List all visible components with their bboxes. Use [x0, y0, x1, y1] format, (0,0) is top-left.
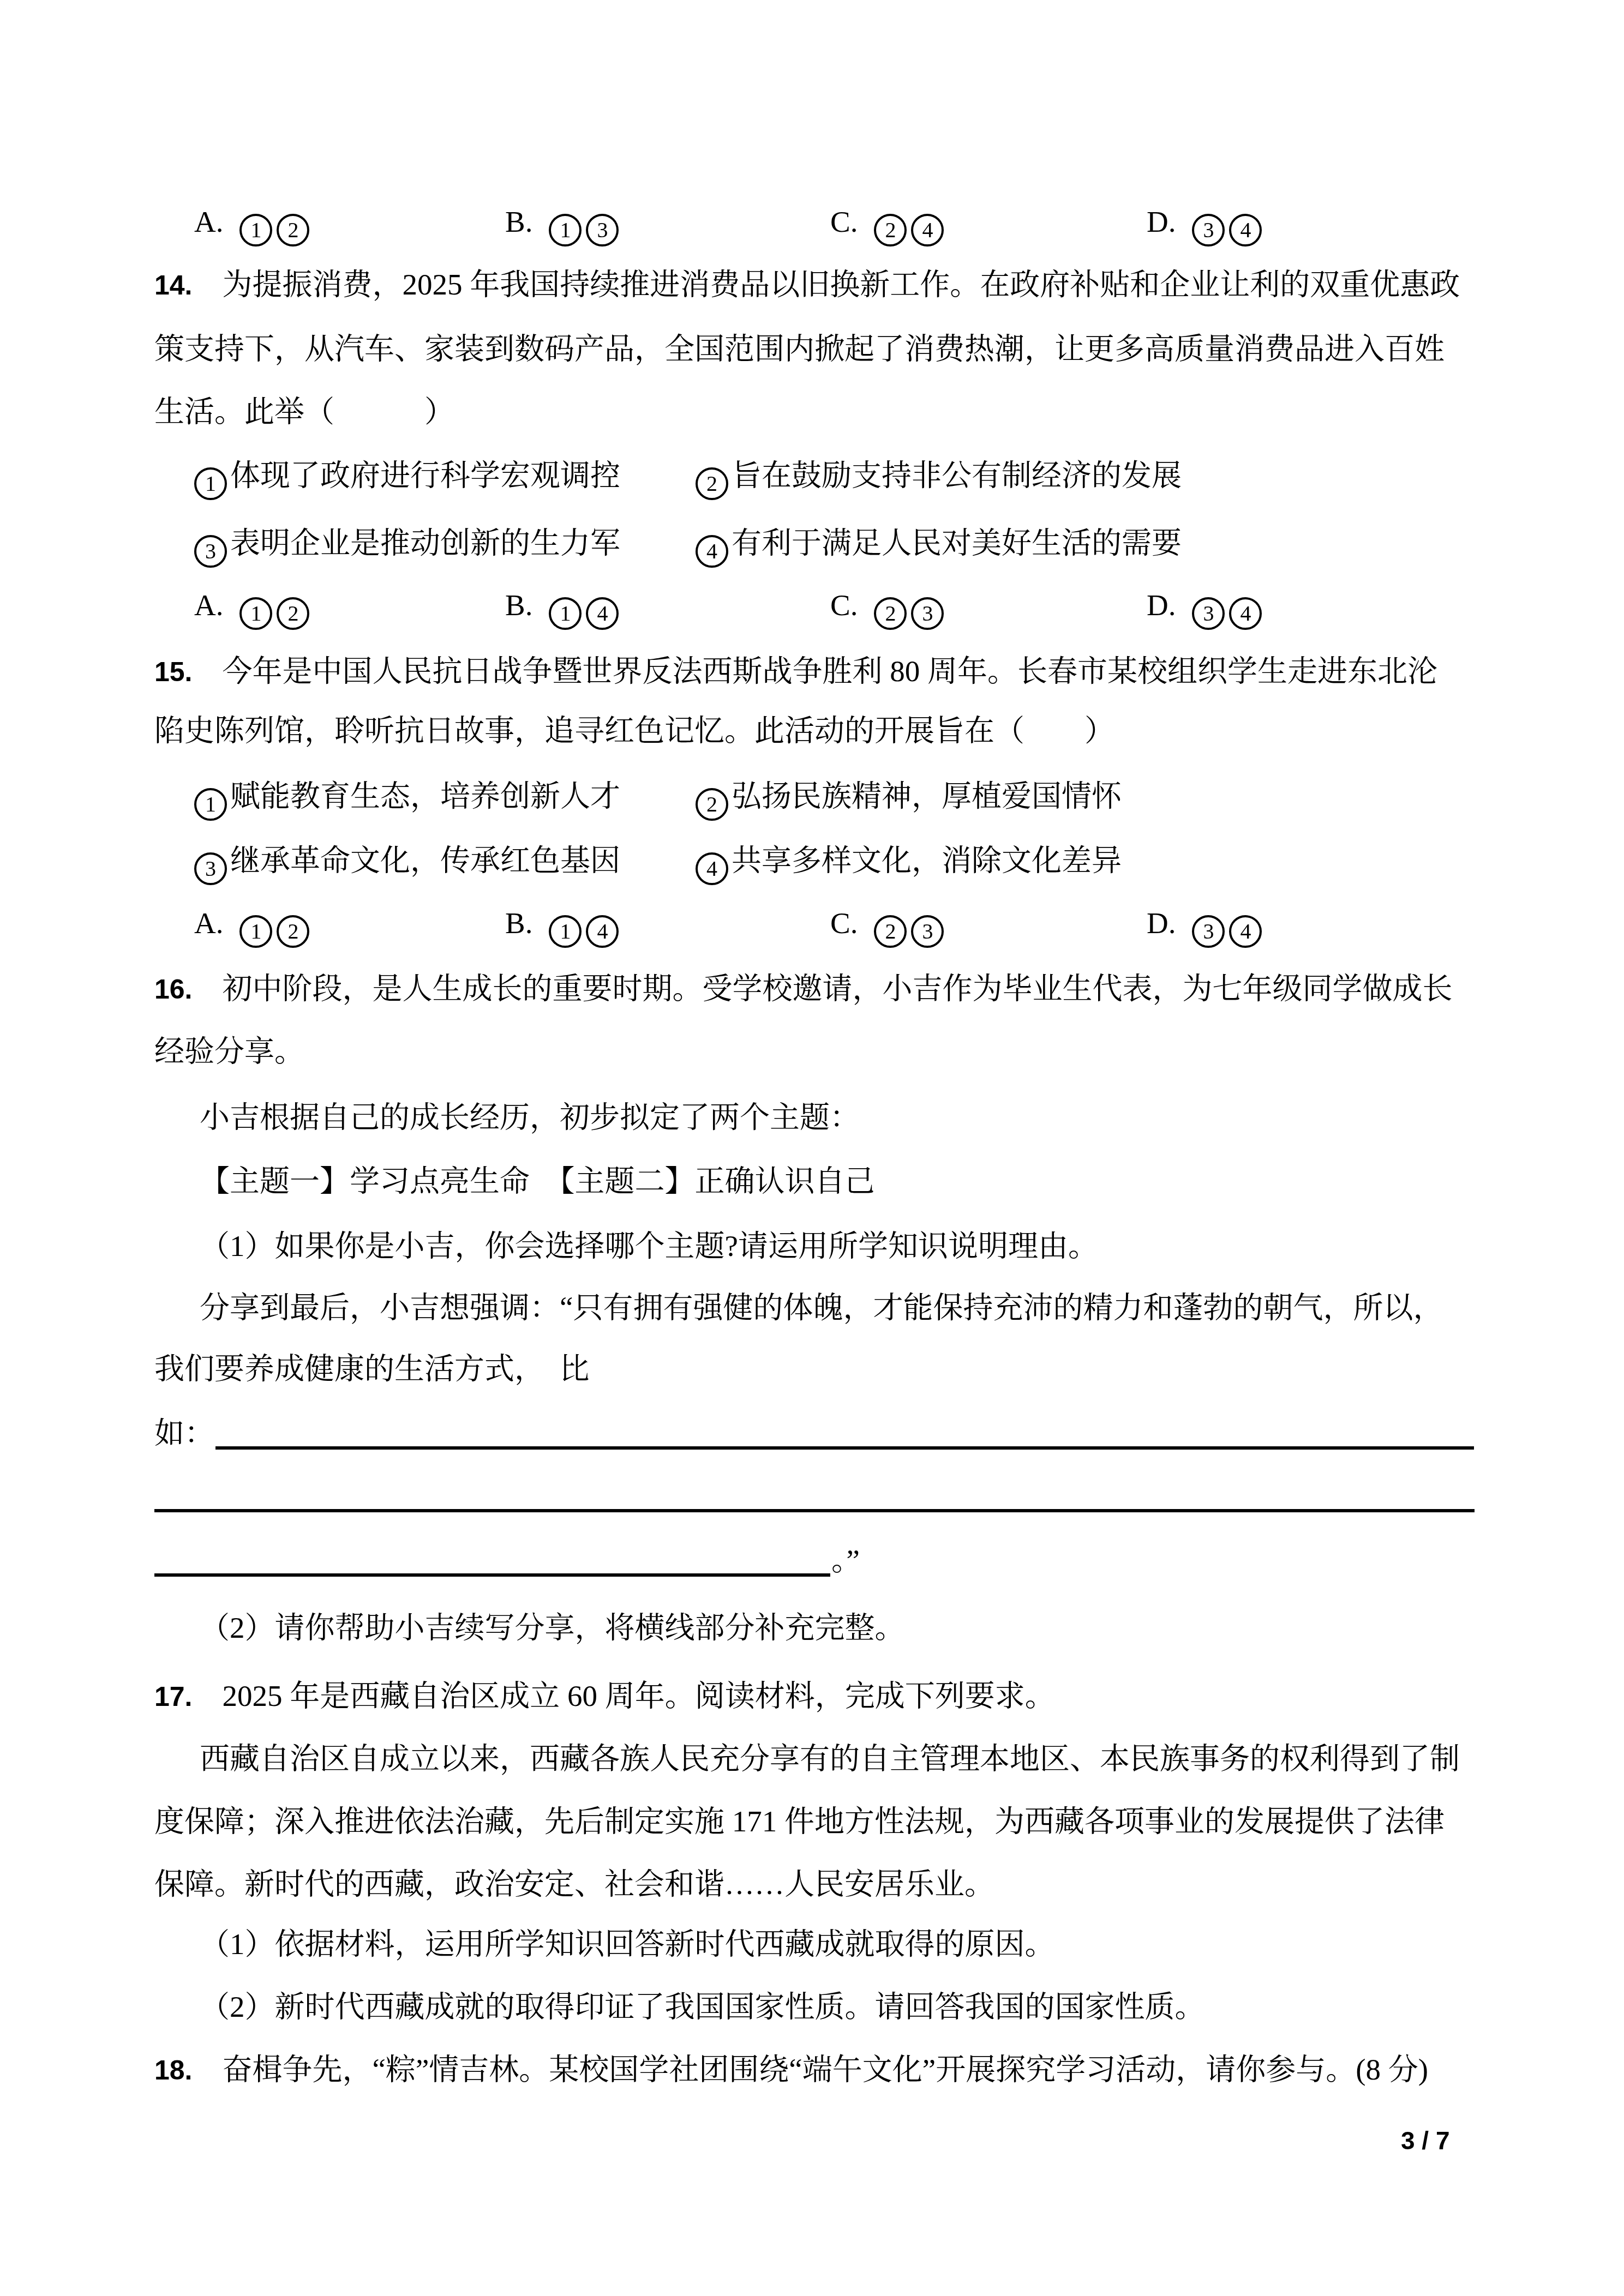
q17-para-line-2: 度保障；深入推进依法治藏，先后制定实施 171 件地方性法规，为西藏各项事业的发…: [154, 1789, 1445, 1854]
q13-option-d: D.34: [1147, 190, 1262, 254]
option-letter: B.: [505, 588, 532, 622]
q14-number: 14.: [154, 270, 193, 300]
circled-digit-icon: 2: [277, 214, 309, 247]
circled-digit-icon: 4: [696, 852, 728, 885]
blank-underline-3: [154, 1573, 830, 1577]
circled-digit-icon: 1: [239, 597, 272, 630]
q15-statement-2-text: 弘扬民族精神，厚植爱国情怀: [732, 779, 1122, 813]
q14-statement-1: 1体现了政府进行科学宏观调控: [194, 443, 620, 508]
q16-part1-line: （1）如果你是小吉，你会选择哪个主题?请运用所学知识说明理由。: [200, 1214, 1098, 1278]
q16-number: 16.: [154, 974, 193, 1005]
circled-digit-icon: 3: [1192, 214, 1225, 247]
circled-digit-icon: 2: [277, 597, 309, 630]
option-letter: A.: [194, 588, 223, 622]
q15-number: 15.: [154, 657, 193, 687]
circled-digit-icon: 2: [874, 915, 907, 948]
q14-statement-3: 3表明企业是推动创新的生力军: [194, 511, 620, 575]
blank-underline-2: [154, 1509, 1475, 1512]
circled-digit-icon: 4: [1229, 214, 1262, 247]
q17-part1-line: （1）依据材料，运用所学知识回答新时代西藏成就取得的原因。: [200, 1912, 1055, 1976]
q17-para-line-1: 西藏自治区自成立以来，西藏各族人民充分享有的自主管理本地区、本民族事务的权利得到…: [200, 1727, 1460, 1791]
q14-statements-row-1: 1体现了政府进行科学宏观调控 2旨在鼓励支持非公有制经济的发展: [0, 443, 1624, 508]
q15-statement-1: 1赋能教育生态，培养创新人才: [194, 764, 620, 828]
q16-share-line-2: 我们要养成健康的生活方式， 比: [154, 1337, 590, 1401]
circled-digit-icon: 1: [549, 597, 582, 630]
q15-statement-4: 4共享多样文化，消除文化差异: [696, 828, 1122, 893]
circled-digit-icon: 3: [1192, 597, 1225, 630]
option-letter: C.: [830, 588, 858, 622]
option-letter: C.: [830, 205, 858, 238]
q16-blank-close-line: 。”: [831, 1528, 860, 1592]
q18-number: 18.: [154, 2055, 193, 2085]
q15-option-b: B.14: [505, 891, 619, 955]
q14-statement-2: 2旨在鼓励支持非公有制经济的发展: [696, 443, 1182, 508]
circled-digit-icon: 4: [586, 915, 619, 948]
page-number-text: 3 / 7: [1401, 2126, 1450, 2155]
circled-digit-icon: 2: [696, 467, 728, 500]
q15-statement-2: 2弘扬民族精神，厚植爱国情怀: [696, 764, 1122, 828]
q16-share-line-1: 分享到最后，小吉想强调：“只有拥有强健的体魄，才能保持充沛的精力和蓬勃的朝气，所…: [200, 1276, 1443, 1340]
circled-digit-icon: 3: [911, 915, 944, 948]
exam-paper-page: A.12 B.13 C.24 D.34 14.为提振消费，2025 年我国持续推…: [0, 0, 1624, 2296]
circled-digit-icon: 3: [1192, 915, 1225, 948]
q17-part2-line: （2）新时代西藏成就的取得印证了我国国家性质。请回答我国的国家性质。: [200, 1975, 1205, 2039]
circled-digit-icon: 3: [911, 597, 944, 630]
q14-line-3: 生活。此举（ ）: [154, 380, 454, 444]
q17-para-line-3: 保障。新时代的西藏，政治安定、社会和谐……人民安居乐业。: [154, 1852, 994, 1916]
q14-line-2: 策支持下，从汽车、家装到数码产品，全国范围内掀起了消费热潮，让更多高质量消费品进…: [154, 317, 1445, 381]
circled-digit-icon: 1: [549, 915, 582, 948]
option-letter: C.: [830, 906, 858, 940]
q14-line-1-text: 为提振消费，2025 年我国持续推进消费品以旧换新工作。在政府补贴和企业让利的双…: [223, 268, 1460, 301]
q16-blank-close-text: 。”: [831, 1543, 860, 1577]
q13-options-row: A.12 B.13 C.24 D.34: [0, 190, 1624, 254]
circled-digit-icon: 4: [696, 535, 728, 568]
q15-line-1: 15.今年是中国人民抗日战争暨世界反法西斯战争胜利 80 周年。长春市某校组织学…: [154, 639, 1437, 704]
q14-statement-3-text: 表明企业是推动创新的生力军: [230, 526, 620, 560]
circled-digit-icon: 3: [194, 535, 227, 568]
circled-digit-icon: 1: [239, 214, 272, 247]
q15-option-a: A.12: [194, 891, 309, 955]
circled-digit-icon: 4: [1229, 597, 1262, 630]
circled-digit-icon: 3: [194, 852, 227, 885]
q15-statements-row-2: 3继承革命文化，传承红色基因 4共享多样文化，消除文化差异: [0, 828, 1624, 893]
q16-themes-text: 【主题一】学习点亮生命 【主题二】正确认识自己: [200, 1164, 875, 1198]
circled-digit-icon: 2: [277, 915, 309, 948]
q14-line-2-text: 策支持下，从汽车、家装到数码产品，全国范围内掀起了消费热潮，让更多高质量消费品进…: [154, 332, 1445, 365]
circled-digit-icon: 4: [1229, 915, 1262, 948]
q14-statement-4-text: 有利于满足人民对美好生活的需要: [732, 526, 1182, 560]
q16-line-3-text: 小吉根据自己的成长经历，初步拟定了两个主题：: [200, 1101, 860, 1134]
q15-statement-1-text: 赋能教育生态，培养创新人才: [230, 779, 620, 813]
q16-share-line-1-text: 分享到最后，小吉想强调：“只有拥有强健的体魄，才能保持充沛的精力和蓬勃的朝气，所…: [200, 1291, 1443, 1324]
q15-options-row: A.12 B.14 C.23 D.34: [0, 891, 1624, 955]
option-letter: A.: [194, 205, 223, 238]
q17-part1-text: （1）依据材料，运用所学知识回答新时代西藏成就取得的原因。: [200, 1927, 1055, 1961]
q14-statements-row-2: 3表明企业是推动创新的生力军 4有利于满足人民对美好生活的需要: [0, 511, 1624, 575]
q15-line-2: 陷史陈列馆，聆听抗日故事，追寻红色记忆。此活动的开展旨在（ ）: [154, 699, 1114, 763]
q14-line-3-text: 生活。此举（ ）: [154, 395, 454, 428]
q16-share-line-2-text: 我们要养成健康的生活方式， 比: [154, 1352, 590, 1385]
q17-line-1-text: 2025 年是西藏自治区成立 60 周年。阅读材料，完成下列要求。: [223, 1679, 1055, 1712]
q13-option-a: A.12: [194, 190, 309, 254]
q15-statement-3: 3继承革命文化，传承红色基因: [194, 828, 620, 893]
circled-digit-icon: 1: [549, 214, 582, 247]
q17-para-line-1-text: 西藏自治区自成立以来，西藏各族人民充分享有的自主管理本地区、本民族事务的权利得到…: [200, 1742, 1460, 1775]
q15-statement-3-text: 继承革命文化，传承红色基因: [230, 844, 620, 877]
circled-digit-icon: 1: [239, 915, 272, 948]
q14-statement-1-text: 体现了政府进行科学宏观调控: [230, 459, 620, 492]
q14-statement-4: 4有利于满足人民对美好生活的需要: [696, 511, 1182, 575]
q16-themes-line: 【主题一】学习点亮生命 【主题二】正确认识自己: [200, 1149, 875, 1213]
q15-statement-4-text: 共享多样文化，消除文化差异: [732, 844, 1122, 877]
q15-line-1-text: 今年是中国人民抗日战争暨世界反法西斯战争胜利 80 周年。长春市某校组织学生走进…: [223, 654, 1438, 688]
circled-digit-icon: 1: [194, 467, 227, 500]
q14-line-1: 14.为提振消费，2025 年我国持续推进消费品以旧换新工作。在政府补贴和企业让…: [154, 253, 1460, 317]
option-letter: B.: [505, 205, 532, 238]
q16-line-2-text: 经验分享。: [154, 1035, 304, 1068]
circled-digit-icon: 4: [911, 214, 944, 247]
q14-options-row: A.12 B.14 C.23 D.34: [0, 573, 1624, 638]
blank-underline-1: [215, 1446, 1474, 1450]
circled-digit-icon: 2: [874, 597, 907, 630]
option-letter: A.: [194, 906, 223, 940]
q17-number: 17.: [154, 1681, 193, 1712]
q16-blank-lead-line: 如：: [154, 1401, 214, 1465]
q14-option-a: A.12: [194, 573, 309, 638]
circled-digit-icon: 2: [874, 214, 907, 247]
q16-line-1: 16.初中阶段，是人生成长的重要时期。受学校邀请，小吉作为毕业生代表，为七年级同…: [154, 957, 1453, 1021]
q15-statements-row-1: 1赋能教育生态，培养创新人才 2弘扬民族精神，厚植爱国情怀: [0, 764, 1624, 828]
option-letter: D.: [1147, 906, 1176, 940]
q15-option-d: D.34: [1147, 891, 1262, 955]
q15-option-c: C.23: [830, 891, 944, 955]
q17-part2-text: （2）新时代西藏成就的取得印证了我国国家性质。请回答我国的国家性质。: [200, 1990, 1205, 2023]
q16-part2-text: （2）请你帮助小吉续写分享，将横线部分补充完整。: [200, 1611, 905, 1644]
q17-para-line-2-text: 度保障；深入推进依法治藏，先后制定实施 171 件地方性法规，为西藏各项事业的发…: [154, 1805, 1445, 1838]
q14-statement-2-text: 旨在鼓励支持非公有制经济的发展: [732, 459, 1182, 492]
q16-line-2: 经验分享。: [154, 1019, 304, 1084]
circled-digit-icon: 4: [586, 597, 619, 630]
q16-part2-line: （2）请你帮助小吉续写分享，将横线部分补充完整。: [200, 1596, 905, 1660]
q16-blank-lead-text: 如：: [154, 1416, 214, 1450]
option-letter: D.: [1147, 588, 1176, 622]
q14-option-c: C.23: [830, 573, 944, 638]
q18-line-1-text: 奋楫争先，“粽”情吉林。某校国学社团围绕“端午文化”开展探究学习活动，请你参与。…: [223, 2053, 1429, 2086]
q13-option-b: B.13: [505, 190, 619, 254]
q14-option-b: B.14: [505, 573, 619, 638]
q18-line-1: 18.奋楫争先，“粽”情吉林。某校国学社团围绕“端午文化”开展探究学习活动，请你…: [154, 2037, 1428, 2102]
q16-part1-text: （1）如果你是小吉，你会选择哪个主题?请运用所学知识说明理由。: [200, 1229, 1098, 1263]
circled-digit-icon: 3: [586, 214, 619, 247]
q17-line-1: 17.2025 年是西藏自治区成立 60 周年。阅读材料，完成下列要求。: [154, 1664, 1055, 1728]
option-letter: D.: [1147, 205, 1176, 238]
q16-line-3: 小吉根据自己的成长经历，初步拟定了两个主题：: [200, 1085, 860, 1150]
q16-line-1-text: 初中阶段，是人生成长的重要时期。受学校邀请，小吉作为毕业生代表，为七年级同学做成…: [223, 972, 1453, 1005]
q15-line-2-text: 陷史陈列馆，聆听抗日故事，追寻红色记忆。此活动的开展旨在（ ）: [154, 714, 1114, 747]
page-number: 3 / 7: [1401, 2116, 1450, 2165]
circled-digit-icon: 2: [696, 788, 728, 821]
circled-digit-icon: 1: [194, 788, 227, 821]
option-letter: B.: [505, 906, 532, 940]
q13-option-c: C.24: [830, 190, 944, 254]
q17-para-line-3-text: 保障。新时代的西藏，政治安定、社会和谐……人民安居乐业。: [154, 1867, 994, 1901]
q14-option-d: D.34: [1147, 573, 1262, 638]
